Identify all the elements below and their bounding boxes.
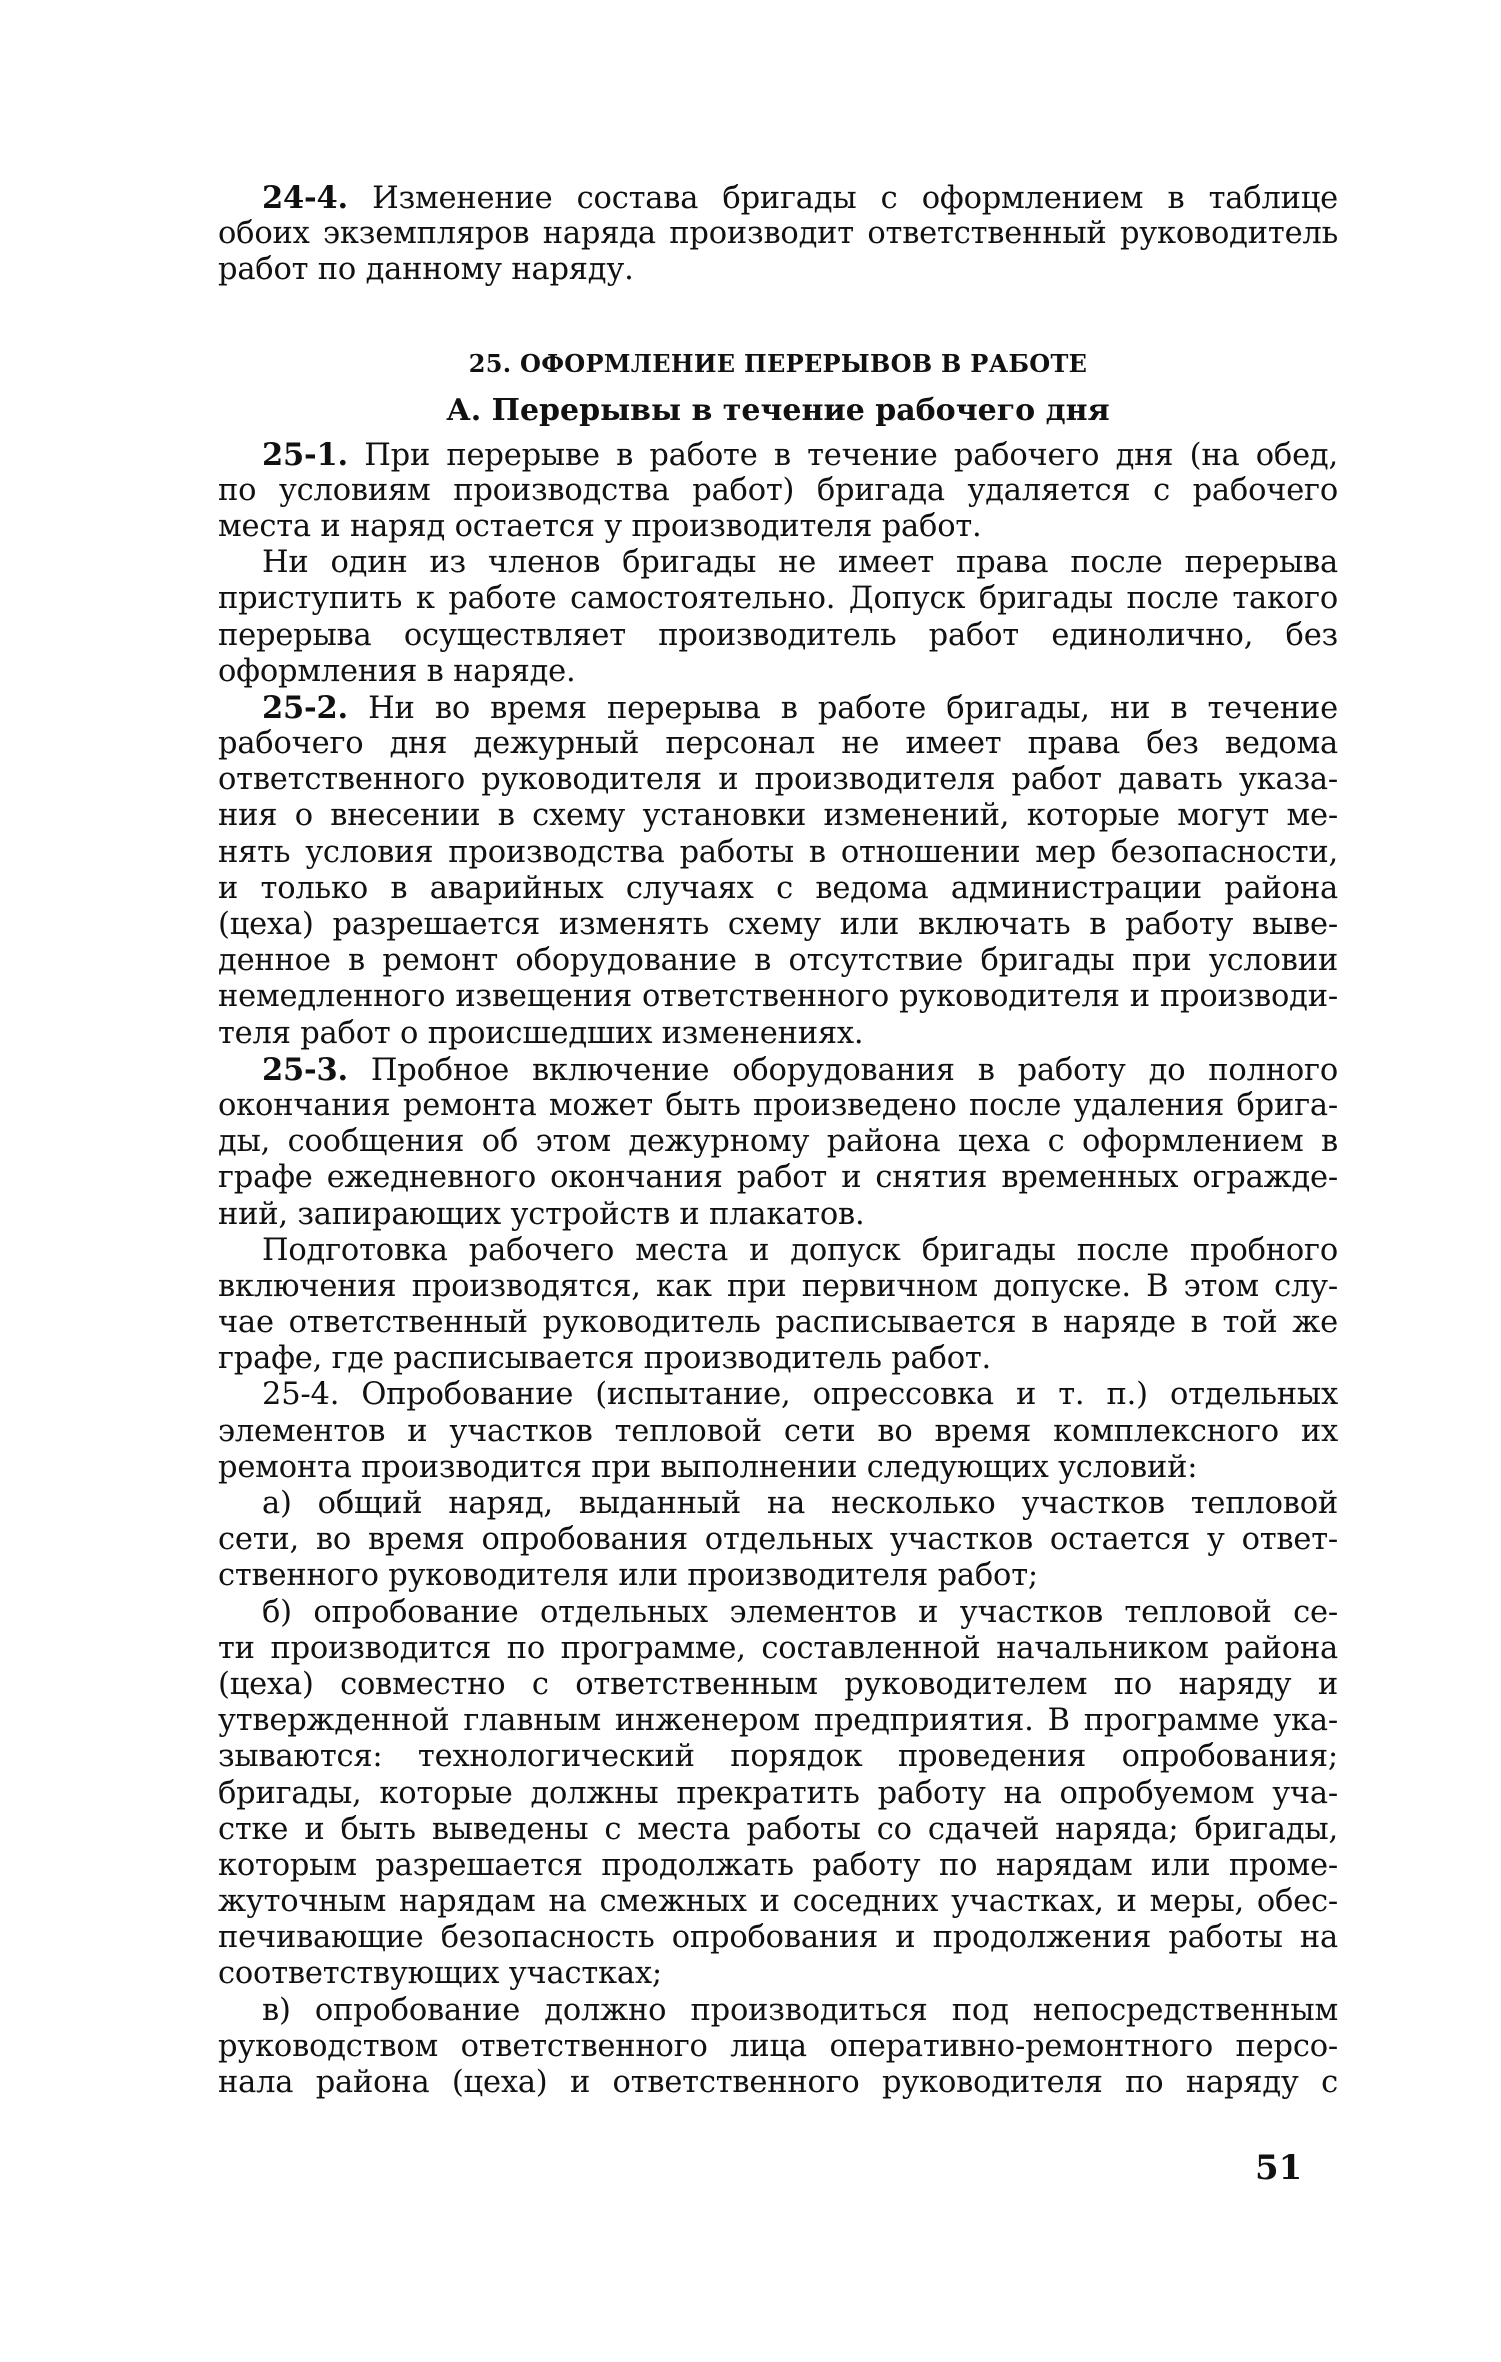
paragraph-25-3: 25-3. Пробное включение оборудования в р… <box>218 1052 1338 1233</box>
text-line: бригады, которые должны прекратить работ… <box>218 1776 1338 1812</box>
text-line: включения производятся, как при первично… <box>218 1269 1338 1305</box>
text-line: теля работ о происшедших изменениях. <box>218 1016 1338 1052</box>
text-line: денное в ремонт оборудование в отсутстви… <box>218 943 1338 979</box>
text-line: нала района (цеха) и ответственного руко… <box>218 2065 1338 2101</box>
text-line: (цеха) разрешается изменять схему или вк… <box>218 907 1338 943</box>
text-line: ственного руководителя или производителя… <box>218 1558 1338 1594</box>
list-item-v: в) опробование должно производиться под … <box>218 1993 1338 2102</box>
text-line: немедленного извещения ответственного ру… <box>218 979 1338 1015</box>
paragraph-number: 25-2. <box>262 690 348 726</box>
text-line: ти производится по программе, составленн… <box>218 1631 1338 1667</box>
text-line: утвержденной главным инженером предприят… <box>218 1703 1338 1739</box>
text-line: оформления в наряде. <box>218 654 1338 690</box>
document-page: 24-4. Изменение состава бригады с оформл… <box>218 180 1338 2101</box>
text-line: ний, запирающих устройств и плакатов. <box>218 1197 1338 1233</box>
text-line: 25-2. Ни во время перерыва в работе бриг… <box>218 690 1338 726</box>
text-line: сети, во время опробования отдельных уча… <box>218 1522 1338 1558</box>
paragraph-number: 24-4. <box>262 180 348 216</box>
list-item-b: б) опробование отдельных элементов и уча… <box>218 1595 1338 1993</box>
text-line: Подготовка рабочего места и допуск брига… <box>218 1233 1338 1269</box>
text-line: 25-1. При перерыве в работе в течение ра… <box>218 437 1338 473</box>
text-line: места и наряд остается у производителя р… <box>218 509 1338 545</box>
text-line: 25-4. Опробование (испытание, опрессовка… <box>218 1377 1338 1413</box>
text-line: зываются: технологический порядок провед… <box>218 1739 1338 1775</box>
paragraph-25-3-continued: Подготовка рабочего места и допуск брига… <box>218 1233 1338 1378</box>
text-line: а) общий наряд, выданный на несколько уч… <box>218 1486 1338 1522</box>
text-line: чае ответственный руководитель расписыва… <box>218 1305 1338 1341</box>
text-line: перерыва осуществляет производитель рабо… <box>218 618 1338 654</box>
text-line: 24-4. Изменение состава бригады с оформл… <box>218 180 1338 216</box>
text-line: в) опробование должно производиться под … <box>218 1993 1338 2029</box>
text-line: приступить к работе самостоятельно. Допу… <box>218 581 1338 617</box>
text-line: Ни один из членов бригады не имеет права… <box>218 545 1338 581</box>
text-line: по условиям производства работ) бригада … <box>218 473 1338 509</box>
list-item-a: а) общий наряд, выданный на несколько уч… <box>218 1486 1338 1595</box>
paragraph-number: 25-1. <box>262 437 348 473</box>
text-line: стке и быть выведены с места работы со с… <box>218 1812 1338 1848</box>
text-line: ния о внесении в схему установки изменен… <box>218 798 1338 834</box>
paragraph-25-2: 25-2. Ни во время перерыва в работе бриг… <box>218 690 1338 1052</box>
text-line: б) опробование отдельных элементов и уча… <box>218 1595 1338 1631</box>
paragraph-25-1: 25-1. При перерыве в работе в течение ра… <box>218 437 1338 546</box>
paragraph-number: 25-3. <box>262 1052 348 1088</box>
subsection-title: А. Перерывы в течение рабочего дня <box>218 393 1338 429</box>
text-line: которым разрешается продолжать работу по… <box>218 1848 1338 1884</box>
text-line: ремонта производится при выполнении след… <box>218 1450 1338 1486</box>
section-title: 25. ОФОРМЛЕНИЕ ПЕРЕРЫВОВ В РАБОТЕ <box>218 349 1338 379</box>
text-line: ды, сообщения об этом дежурному района ц… <box>218 1124 1338 1160</box>
text-line: руководством ответственного лица операти… <box>218 2029 1338 2065</box>
text-line: соответствующих участках; <box>218 1956 1338 1992</box>
text-line: ответственного руководителя и производит… <box>218 762 1338 798</box>
text-line: жуточным нарядам на смежных и соседних у… <box>218 1884 1338 1920</box>
page-number: 51 <box>1255 2148 1302 2188</box>
text-line: рабочего дня дежурный персонал не имеет … <box>218 726 1338 762</box>
text-line: обоих экземпляров наряда производит отве… <box>218 216 1338 252</box>
text-line: и только в аварийных случаях с ведома ад… <box>218 871 1338 907</box>
text-line: 25-3. Пробное включение оборудования в р… <box>218 1052 1338 1088</box>
text-line: нять условия производства работы в отнош… <box>218 835 1338 871</box>
paragraph-24-4: 24-4. Изменение состава бригады с оформл… <box>218 180 1338 289</box>
text-line: (цеха) совместно с ответственным руковод… <box>218 1667 1338 1703</box>
text-line: графе ежедневного окончания работ и снят… <box>218 1160 1338 1196</box>
text-line: печивающие безопасность опробования и пр… <box>218 1920 1338 1956</box>
paragraph-number: 25-4. <box>262 1377 339 1412</box>
text-line: окончания ремонта может быть произведено… <box>218 1088 1338 1124</box>
paragraph-25-4: 25-4. Опробование (испытание, опрессовка… <box>218 1377 1338 1486</box>
paragraph-25-1-continued: Ни один из членов бригады не имеет права… <box>218 545 1338 690</box>
text-line: элементов и участков тепловой сети во вр… <box>218 1414 1338 1450</box>
text-line: работ по данному наряду. <box>218 252 1338 288</box>
text-line: графе, где расписывается производитель р… <box>218 1341 1338 1377</box>
